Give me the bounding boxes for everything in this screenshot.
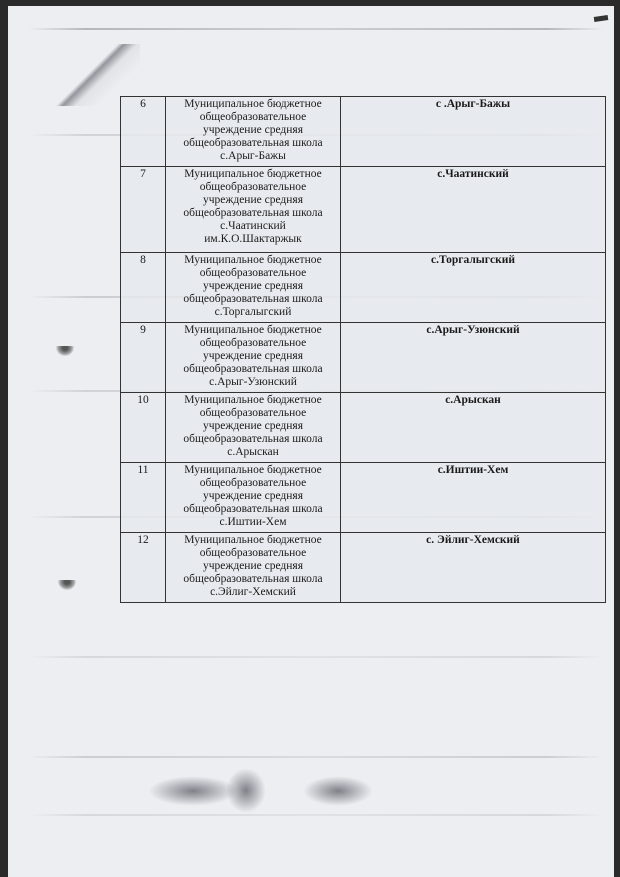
school-name: Муниципальное бюджетноеобщеобразовательн…	[166, 167, 341, 253]
scan-corner-mark	[594, 15, 609, 22]
school-name-line: Муниципальное бюджетное	[168, 98, 338, 111]
settlement: с.Арыг-Узюнский	[341, 323, 606, 393]
school-name-line: Муниципальное бюджетное	[168, 394, 338, 407]
scan-smudge	[148, 776, 238, 806]
school-name-line: с.Эйлиг-Хемский	[168, 586, 338, 599]
school-name-line: общеобразовательное	[168, 477, 338, 490]
settlement: с.Арыскан	[341, 393, 606, 463]
scan-line	[28, 814, 604, 816]
school-name-line: общеобразовательная школа	[168, 363, 338, 376]
school-name-line: с.Торгалыгский	[168, 306, 338, 319]
punch-hole-mark	[56, 346, 74, 356]
table-row: 10Муниципальное бюджетноеобщеобразовател…	[121, 393, 606, 463]
school-name-line: общеобразовательная школа	[168, 433, 338, 446]
school-name: Муниципальное бюджетноеобщеобразовательн…	[166, 463, 341, 533]
school-name-line: Муниципальное бюджетное	[168, 254, 338, 267]
row-number: 8	[121, 253, 166, 323]
table-row: 6Муниципальное бюджетноеобщеобразователь…	[121, 97, 606, 167]
schools-table: 6Муниципальное бюджетноеобщеобразователь…	[120, 96, 606, 603]
settlement: с. Эйлиг-Хемский	[341, 533, 606, 603]
school-name: Муниципальное бюджетноеобщеобразовательн…	[166, 393, 341, 463]
school-name-line: общеобразовательное	[168, 337, 338, 350]
punch-hole-mark	[58, 580, 76, 590]
school-name-line: общеобразовательное	[168, 547, 338, 560]
school-name-line: с.Арыскан	[168, 446, 338, 459]
settlement: с.Торгалыгский	[341, 253, 606, 323]
school-name-line: общеобразовательное	[168, 267, 338, 280]
school-name-line: учреждение средняя	[168, 194, 338, 207]
school-name-line: общеобразовательная школа	[168, 573, 338, 586]
scanned-page: 6Муниципальное бюджетноеобщеобразователь…	[8, 6, 614, 877]
settlement: с .Арыг-Бажы	[341, 97, 606, 167]
school-name-line: Муниципальное бюджетное	[168, 464, 338, 477]
school-name-line: Муниципальное бюджетное	[168, 168, 338, 181]
school-name-line: с.Арыг-Бажы	[168, 150, 338, 163]
school-name-line: учреждение средняя	[168, 560, 338, 573]
school-name-line: с.Арыг-Узюнский	[168, 376, 338, 389]
school-name-line: общеобразовательная школа	[168, 137, 338, 150]
school-name-line: Муниципальное бюджетное	[168, 324, 338, 337]
row-number: 7	[121, 167, 166, 253]
school-name-line: общеобразовательная школа	[168, 293, 338, 306]
settlement: с.Чаатинский	[341, 167, 606, 253]
table-row: 9Муниципальное бюджетноеобщеобразователь…	[121, 323, 606, 393]
school-name-line: учреждение средняя	[168, 124, 338, 137]
scan-line	[28, 28, 604, 30]
school-name-line: учреждение средняя	[168, 280, 338, 293]
school-name-line: учреждение средняя	[168, 350, 338, 363]
table-row: 7Муниципальное бюджетноеобщеобразователь…	[121, 167, 606, 253]
school-name: Муниципальное бюджетноеобщеобразовательн…	[166, 253, 341, 323]
school-name-line: общеобразовательная школа	[168, 207, 338, 220]
row-number: 10	[121, 393, 166, 463]
scan-line	[28, 656, 604, 658]
school-name: Муниципальное бюджетноеобщеобразовательн…	[166, 323, 341, 393]
table-row: 11Муниципальное бюджетноеобщеобразовател…	[121, 463, 606, 533]
school-name-line: им.К.О.Шактаржык	[168, 233, 338, 246]
school-name-line: общеобразовательное	[168, 181, 338, 194]
school-name: Муниципальное бюджетноеобщеобразовательн…	[166, 97, 341, 167]
row-number: 9	[121, 323, 166, 393]
scan-smudge	[303, 776, 373, 806]
row-number: 12	[121, 533, 166, 603]
scan-line	[28, 756, 604, 758]
school-name-line: общеобразовательное	[168, 111, 338, 124]
table-row: 12Муниципальное бюджетноеобщеобразовател…	[121, 533, 606, 603]
school-name-line: Муниципальное бюджетное	[168, 534, 338, 547]
settlement: с.Иштии-Хем	[341, 463, 606, 533]
row-number: 6	[121, 97, 166, 167]
school-name-line: учреждение средняя	[168, 420, 338, 433]
row-number: 11	[121, 463, 166, 533]
scan-smudge	[226, 768, 266, 813]
table-row: 8Муниципальное бюджетноеобщеобразователь…	[121, 253, 606, 323]
school-name: Муниципальное бюджетноеобщеобразовательн…	[166, 533, 341, 603]
school-name-line: общеобразовательная школа	[168, 503, 338, 516]
school-name-line: общеобразовательное	[168, 407, 338, 420]
school-name-line: учреждение средняя	[168, 490, 338, 503]
school-name-line: с.Иштии-Хем	[168, 516, 338, 529]
school-name-line: с.Чаатинский	[168, 220, 338, 233]
